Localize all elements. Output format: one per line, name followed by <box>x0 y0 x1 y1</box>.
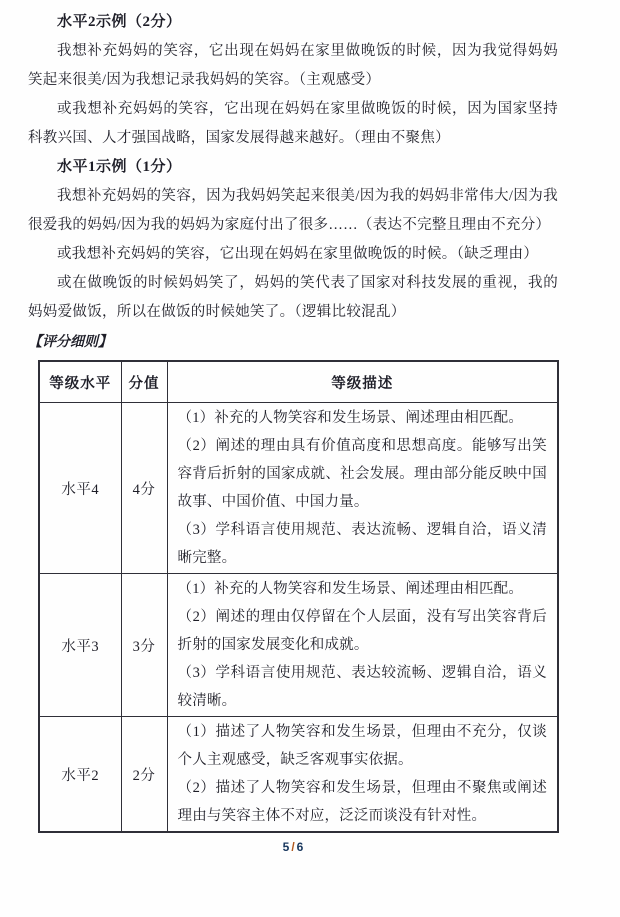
level4-description-item-1: （1）补充的人物笑容和发生场景、阐述理由相匹配。 <box>178 404 548 432</box>
level4-name: 水平4 <box>39 403 121 574</box>
table-row-level4: 水平4 4分 （1）补充的人物笑容和发生场景、阐述理由相匹配。 （2）阐述的理由… <box>39 403 558 574</box>
section-level2-example: 水平2示例（2分） 我想补充妈妈的笑容，它出现在妈妈在家里做晚饭的时候，因为我觉… <box>28 8 558 153</box>
rubric-section-label: 【评分细则】 <box>28 330 558 356</box>
level3-score: 3分 <box>121 574 167 717</box>
level4-description-item-3: （3）学科语言使用规范、表达流畅、逻辑自洽，语义清晰完整。 <box>178 516 548 572</box>
header-description-column: 等级描述 <box>167 361 558 403</box>
level3-description-item-1: （1）补充的人物笑容和发生场景、阐述理由相匹配。 <box>178 575 548 603</box>
header-level-column: 等级水平 <box>39 361 121 403</box>
document-page: 水平2示例（2分） 我想补充妈妈的笑容，它出现在妈妈在家里做晚饭的时候，因为我觉… <box>0 0 620 917</box>
level2-heading: 水平2示例（2分） <box>57 8 558 37</box>
total-page-number: 6 <box>297 840 304 854</box>
level2-description-item-1: （1）描述了人物笑容和发生场景，但理由不充分，仅谈个人主观感受，缺乏客观事实依据… <box>178 718 548 774</box>
level2-description-item-2: （2）描述了人物笑容和发生场景，但理由不聚焦或阐述理由与笑容主体不对应，泛泛而谈… <box>178 774 548 830</box>
table-row-level2: 水平2 2分 （1）描述了人物笑容和发生场景，但理由不充分，仅谈个人主观感受，缺… <box>39 717 558 833</box>
page-number-footer: 5/6 <box>28 840 558 854</box>
level4-score: 4分 <box>121 403 167 574</box>
level2-name: 水平2 <box>39 717 121 833</box>
level1-paragraph-2: 或我想补充妈妈的笑容，它出现在妈妈在家里做晚饭的时候。（缺乏理由） <box>28 240 558 269</box>
level3-name: 水平3 <box>39 574 121 717</box>
level1-paragraph-1: 我想补充妈妈的笑容，因为我妈妈笑起来很美/因为我的妈妈非常伟大/因为我很爱我的妈… <box>28 182 558 240</box>
level3-description-item-3: （3）学科语言使用规范、表达较流畅、逻辑自洽，语义较清晰。 <box>178 659 548 715</box>
level1-heading: 水平1示例（1分） <box>57 153 558 182</box>
level4-description-item-2: （2）阐述的理由具有价值高度和思想高度。能够写出笑容背后折射的国家成就、社会发展… <box>178 432 548 516</box>
level3-description: （1）补充的人物笑容和发生场景、阐述理由相匹配。 （2）阐述的理由仅停留在个人层… <box>167 574 558 717</box>
scoring-rubric-table: 等级水平 分值 等级描述 水平4 4分 （1）补充的人物笑容和发生场景、阐述理由… <box>38 360 559 833</box>
section-level1-example: 水平1示例（1分） 我想补充妈妈的笑容，因为我妈妈笑起来很美/因为我的妈妈非常伟… <box>28 153 558 327</box>
header-score-column: 分值 <box>121 361 167 403</box>
table-header-row: 等级水平 分值 等级描述 <box>39 361 558 403</box>
page-number-separator: / <box>289 840 296 854</box>
level2-paragraph-2: 或我想补充妈妈的笑容，它出现在妈妈在家里做晚饭的时候，因为国家坚持科教兴国、人才… <box>28 95 558 153</box>
level2-description: （1）描述了人物笑容和发生场景，但理由不充分，仅谈个人主观感受，缺乏客观事实依据… <box>167 717 558 833</box>
level4-description: （1）补充的人物笑容和发生场景、阐述理由相匹配。 （2）阐述的理由具有价值高度和… <box>167 403 558 574</box>
level1-paragraph-3: 或在做晚饭的时候妈妈笑了，妈妈的笑代表了国家对科技发展的重视，我的妈妈爱做饭，所… <box>28 269 558 327</box>
level3-description-item-2: （2）阐述的理由仅停留在个人层面，没有写出笑容背后折射的国家发展变化和成就。 <box>178 603 548 659</box>
table-row-level3: 水平3 3分 （1）补充的人物笑容和发生场景、阐述理由相匹配。 （2）阐述的理由… <box>39 574 558 717</box>
level2-score: 2分 <box>121 717 167 833</box>
level2-paragraph-1: 我想补充妈妈的笑容，它出现在妈妈在家里做晚饭的时候，因为我觉得妈妈笑起来很美/因… <box>28 37 558 95</box>
